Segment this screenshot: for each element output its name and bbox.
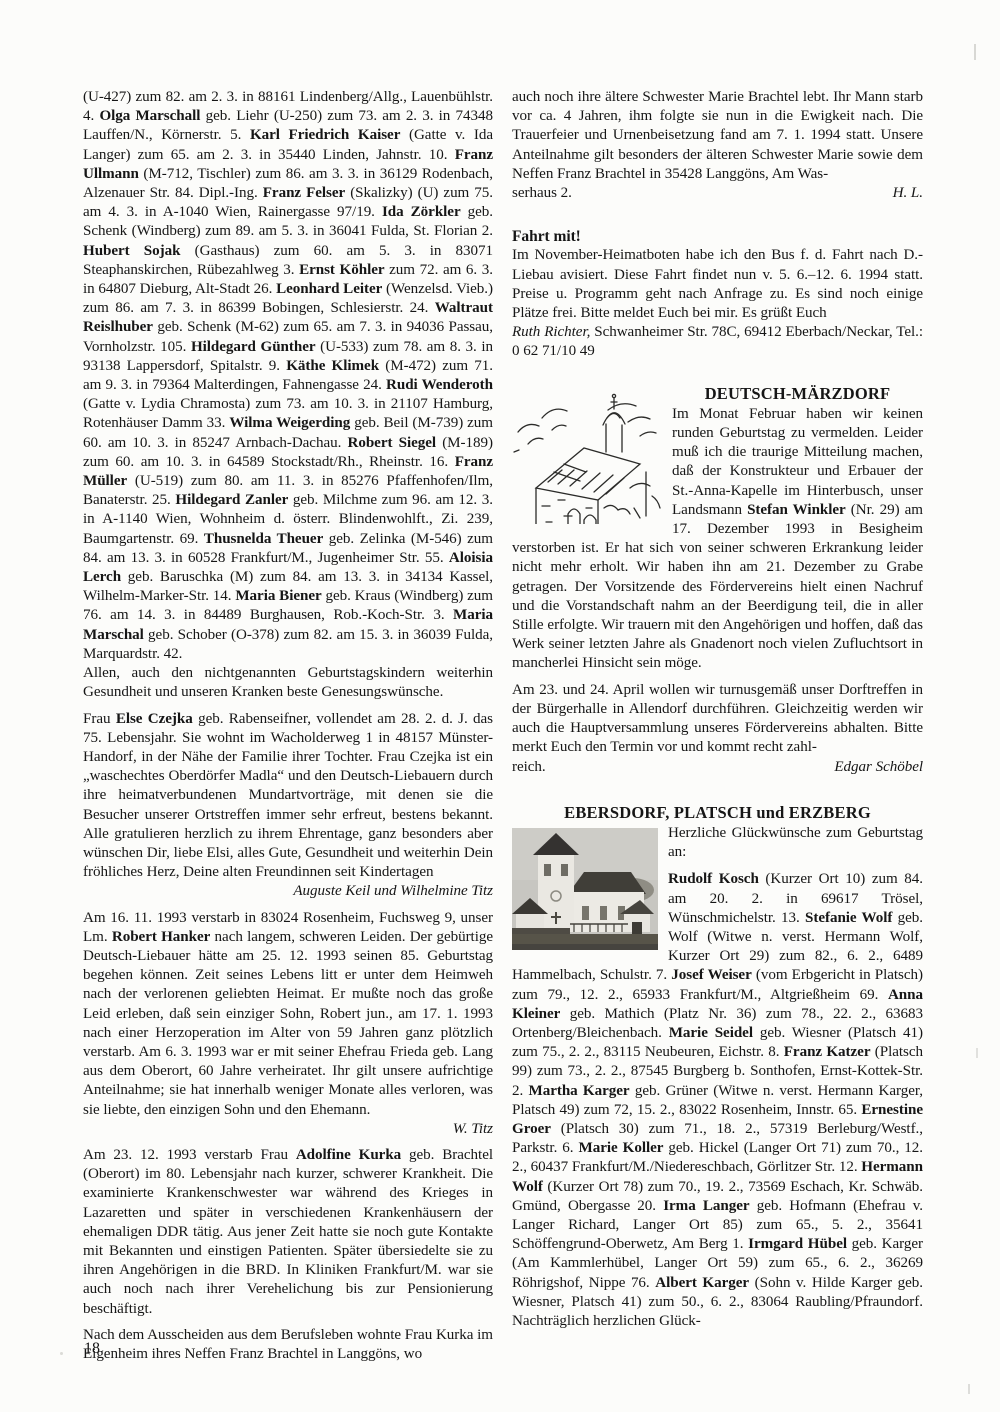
- fahrt-contact-line: Ruth Richter, Schwanheimer Str. 78C, 694…: [512, 323, 923, 361]
- section-ebersdorf-platsch-erzberg: EBERSDORF, PLATSCH und ERZBERG: [512, 803, 923, 1331]
- hanker-signature: W. Titz: [83, 1120, 493, 1139]
- scan-artifact-mark: [60, 1352, 63, 1355]
- hanker-obituary-paragraph: Am 16. 11. 1993 verstarb in 83024 Rosenh…: [83, 909, 493, 1120]
- brachtel-lastline-text: serhaus 2.: [512, 184, 572, 203]
- maerzdorf-meeting-paragraph: Am 23. und 24. April wollen wir turnusge…: [512, 681, 923, 758]
- maerzdorf-signature: Edgar Schöbel: [834, 758, 923, 777]
- scan-artifact-mark: [974, 44, 976, 60]
- church-sketch-illustration: [512, 388, 662, 524]
- birthday-list-paragraph: (U-427) zum 82. am 2. 3. in 88161 Linden…: [83, 88, 493, 664]
- czejka-paragraph: Frau Else Czejka geb. Rabenseifner, voll…: [83, 710, 493, 883]
- kurka-obituary-paragraph: Am 23. 12. 1993 verstarb Frau Adolfine K…: [83, 1146, 493, 1319]
- fahrt-mit-paragraph: Im November-Heimatboten habe ich den Bus…: [512, 246, 923, 323]
- brachtel-last-line: serhaus 2. H. L.: [512, 184, 923, 203]
- kurka-continuation-paragraph: Nach dem Ausscheiden aus dem Berufsleben…: [83, 1326, 493, 1364]
- brachtel-continuation-paragraph: auch noch ihre ältere Schwester Marie Br…: [512, 88, 923, 184]
- newsletter-page: { "page": { "number": "18", "background_…: [0, 0, 1000, 1412]
- brachtel-signature: H. L.: [893, 184, 923, 203]
- scan-artifact-mark: [976, 1048, 978, 1058]
- ebersdorf-heading: EBERSDORF, PLATSCH und ERZBERG: [512, 803, 923, 822]
- page-number: 18: [84, 1340, 100, 1358]
- maerzdorf-flow: DEUTSCH-MÄRZDORF Im Monat Februar haben …: [512, 384, 923, 674]
- ebersdorf-flow: Herzliche Glückwünsche zum Geburtstag an…: [512, 824, 923, 1331]
- church-photo: [512, 828, 658, 950]
- right-column: auch noch ihre ältere Schwester Marie Br…: [512, 88, 923, 1331]
- section-deutsch-maerzdorf: DEUTSCH-MÄRZDORF Im Monat Februar haben …: [512, 384, 923, 777]
- birthday-wishes-paragraph: Allen, auch den nichtgenannten Geburtsta…: [83, 664, 493, 702]
- czejka-signature: Auguste Keil und Wilhelmine Titz: [83, 882, 493, 901]
- left-column: (U-427) zum 82. am 2. 3. in 88161 Linden…: [83, 88, 493, 1364]
- maerzdorf-last-line: reich. Edgar Schöbel: [512, 758, 923, 777]
- scan-artifact-mark: [968, 1384, 970, 1394]
- fahrt-mit-heading: Fahrt mit!: [512, 227, 923, 246]
- maerzdorf-lastline-text: reich.: [512, 758, 546, 777]
